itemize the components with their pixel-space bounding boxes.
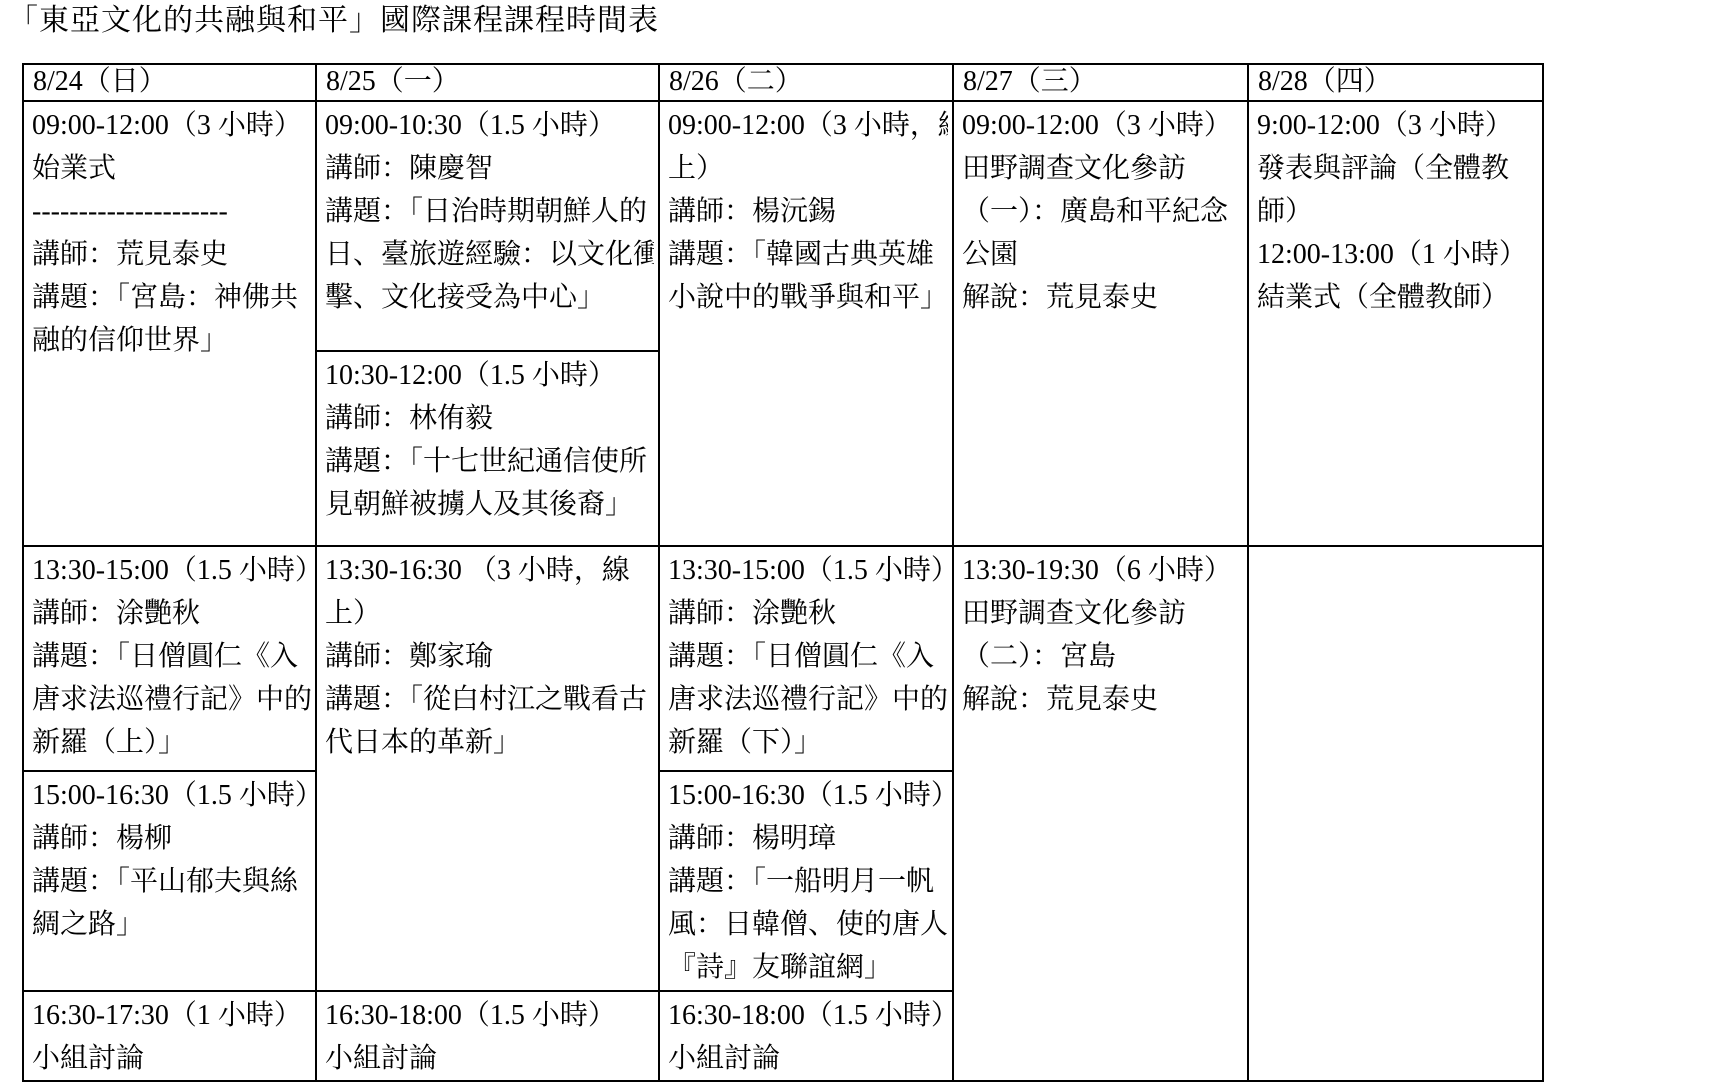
cell-line: 融的信仰世界」 <box>32 319 311 362</box>
cell-line: 講師：鄭家瑜 <box>325 635 654 678</box>
cell-line: 綢之路」 <box>32 903 311 946</box>
cell-line: 『詩』友聯誼網」 <box>668 946 948 989</box>
cell-line: 小組討論 <box>32 1037 311 1080</box>
cell-line: 唐求法巡禮行記》中的 <box>32 678 311 721</box>
day-column-8-26: 8/26（二） 09:00-12:00（3 小時，線上）講師：楊沅錫講題：「韓國… <box>660 65 954 1080</box>
cell-line: --------------------- <box>32 190 311 233</box>
cell-line: 唐求法巡禮行記》中的 <box>668 678 948 721</box>
cell-line: 16:30-18:00（1.5 小時） <box>668 994 948 1037</box>
schedule-cell: 15:00-16:30（1.5 小時）講師：楊明璋講題：「一船明月一帆風：日韓僧… <box>660 772 952 992</box>
schedule-cell: 16:30-18:00（1.5 小時）小組討論 <box>317 992 658 1080</box>
cell-line: 12:00-13:00（1 小時） <box>1257 233 1538 276</box>
day-header: 8/27（三） <box>954 65 1247 102</box>
cell-line: 講題：「宮島：神佛共 <box>32 276 311 319</box>
schedule-cell: 15:00-16:30（1.5 小時）講師：楊柳講題：「平山郁夫與絲綢之路」 <box>24 772 315 992</box>
cell-line: 發表與評論（全體教 <box>1257 147 1538 190</box>
cell-line: 新羅（下）」 <box>668 721 948 764</box>
cell-line: 見朝鮮被擄人及其後裔」 <box>325 483 654 526</box>
day-header: 8/26（二） <box>660 65 952 102</box>
cell-line: 師） <box>1257 190 1538 233</box>
cell-line: 上） <box>325 592 654 635</box>
cell-line: 13:30-15:00（1.5 小時） <box>32 549 311 592</box>
day-column-8-28: 8/28（四） 9:00-12:00（3 小時）發表與評論（全體教師）12:00… <box>1249 65 1542 1080</box>
schedule-cell: 13:30-15:00（1.5 小時）講師：涂艷秋講題：「日僧圓仁《入唐求法巡禮… <box>660 547 952 772</box>
cell-line: 15:00-16:30（1.5 小時） <box>32 774 311 817</box>
cell-line: 解說：荒見泰史 <box>962 678 1243 721</box>
day-column-8-25: 8/25（一） 09:00-10:30（1.5 小時）講師：陳慶智講題：「日治時… <box>317 65 660 1080</box>
cell-line: 15:00-16:30（1.5 小時） <box>668 774 948 817</box>
page-title: 「東亞文化的共融與和平」國際課程課程時間表 <box>8 3 659 39</box>
cell-line: 09:00-12:00（3 小時） <box>962 104 1243 147</box>
schedule-cell: 09:00-12:00（3 小時）始業式--------------------… <box>24 102 315 547</box>
cell-line: 講題：「韓國古典英雄 <box>668 233 948 276</box>
cell-line: 講題：「日治時期朝鮮人的 <box>325 190 654 233</box>
schedule-cell: 09:00-12:00（3 小時）田野調查文化參訪（一）：廣島和平紀念公園解說：… <box>954 102 1247 547</box>
schedule-cell: 13:30-16:30 （3 小時，線上）講師：鄭家瑜講題：「從白村江之戰看古代… <box>317 547 658 992</box>
cell-line: 結業式（全體教師） <box>1257 276 1538 319</box>
cell-line: 13:30-19:30（6 小時） <box>962 549 1243 592</box>
cell-line: 田野調查文化參訪 <box>962 147 1243 190</box>
cell-line: 新羅（上）」 <box>32 721 311 764</box>
day-header: 8/28（四） <box>1249 65 1542 102</box>
cell-line: 講題：「從白村江之戰看古 <box>325 678 654 721</box>
cell-line: 16:30-18:00（1.5 小時） <box>325 994 654 1037</box>
cell-line: 小組討論 <box>325 1037 654 1080</box>
schedule-cell: 16:30-17:30（1 小時）小組討論 <box>24 992 315 1080</box>
cell-line: 解說：荒見泰史 <box>962 276 1243 319</box>
cell-line: 擊、文化接受為中心」 <box>325 276 654 319</box>
cell-line: 小組討論 <box>668 1037 948 1080</box>
schedule-cell <box>1249 547 1542 1080</box>
schedule-cell: 10:30-12:00（1.5 小時）講師：林侑毅講題：「十七世紀通信使所見朝鮮… <box>317 352 658 547</box>
cell-line: 09:00-10:30（1.5 小時） <box>325 104 654 147</box>
cell-line: 小說中的戰爭與和平」 <box>668 276 948 319</box>
cell-line: 講師：楊明璋 <box>668 817 948 860</box>
cell-line: 上） <box>668 147 948 190</box>
cell-line: 13:30-16:30 （3 小時，線 <box>325 549 654 592</box>
day-column-8-24: 8/24（日） 09:00-12:00（3 小時）始業式------------… <box>24 65 317 1080</box>
cell-line: 代日本的革新」 <box>325 721 654 764</box>
schedule-table: 8/24（日） 09:00-12:00（3 小時）始業式------------… <box>22 63 1544 1082</box>
cell-line: 講題：「平山郁夫與絲 <box>32 860 311 903</box>
cell-line: 日、臺旅遊經驗：以文化衝 <box>325 233 654 276</box>
cell-line: 講題：「一船明月一帆 <box>668 860 948 903</box>
cell-line: 講師：涂艷秋 <box>32 592 311 635</box>
schedule-cell: 13:30-19:30（6 小時）田野調查文化參訪（二）：宮島解說：荒見泰史 <box>954 547 1247 1080</box>
day-column-8-27: 8/27（三） 09:00-12:00（3 小時）田野調查文化參訪（一）：廣島和… <box>954 65 1249 1080</box>
cell-line: 講師：涂艷秋 <box>668 592 948 635</box>
cell-line: 09:00-12:00（3 小時，線 <box>668 104 948 147</box>
day-header: 8/24（日） <box>24 65 315 102</box>
cell-line: 13:30-15:00（1.5 小時） <box>668 549 948 592</box>
cell-line: 公園 <box>962 233 1243 276</box>
cell-line: 16:30-17:30（1 小時） <box>32 994 311 1037</box>
cell-line: 講師：楊沅錫 <box>668 190 948 233</box>
cell-line: 始業式 <box>32 147 311 190</box>
cell-line: （一）：廣島和平紀念 <box>962 190 1243 233</box>
cell-line: 風：日韓僧、使的唐人 <box>668 903 948 946</box>
schedule-cell: 9:00-12:00（3 小時）發表與評論（全體教師）12:00-13:00（1… <box>1249 102 1542 547</box>
schedule-cell: 09:00-12:00（3 小時，線上）講師：楊沅錫講題：「韓國古典英雄小說中的… <box>660 102 952 547</box>
cell-line: 9:00-12:00（3 小時） <box>1257 104 1538 147</box>
cell-line: 講師：荒見泰史 <box>32 233 311 276</box>
schedule-cell: 13:30-15:00（1.5 小時）講師：涂艷秋講題：「日僧圓仁《入唐求法巡禮… <box>24 547 315 772</box>
cell-line: 10:30-12:00（1.5 小時） <box>325 354 654 397</box>
cell-line: （二）：宮島 <box>962 635 1243 678</box>
cell-line: 講題：「十七世紀通信使所 <box>325 440 654 483</box>
cell-line: 09:00-12:00（3 小時） <box>32 104 311 147</box>
schedule-cell: 09:00-10:30（1.5 小時）講師：陳慶智講題：「日治時期朝鮮人的日、臺… <box>317 102 658 352</box>
cell-line: 田野調查文化參訪 <box>962 592 1243 635</box>
cell-line: 講題：「日僧圓仁《入 <box>32 635 311 678</box>
cell-line: 講師：陳慶智 <box>325 147 654 190</box>
cell-line: 講師：林侑毅 <box>325 397 654 440</box>
schedule-cell: 16:30-18:00（1.5 小時）小組討論 <box>660 992 952 1080</box>
day-header: 8/25（一） <box>317 65 658 102</box>
cell-line: 講師：楊柳 <box>32 817 311 860</box>
cell-line: 講題：「日僧圓仁《入 <box>668 635 948 678</box>
